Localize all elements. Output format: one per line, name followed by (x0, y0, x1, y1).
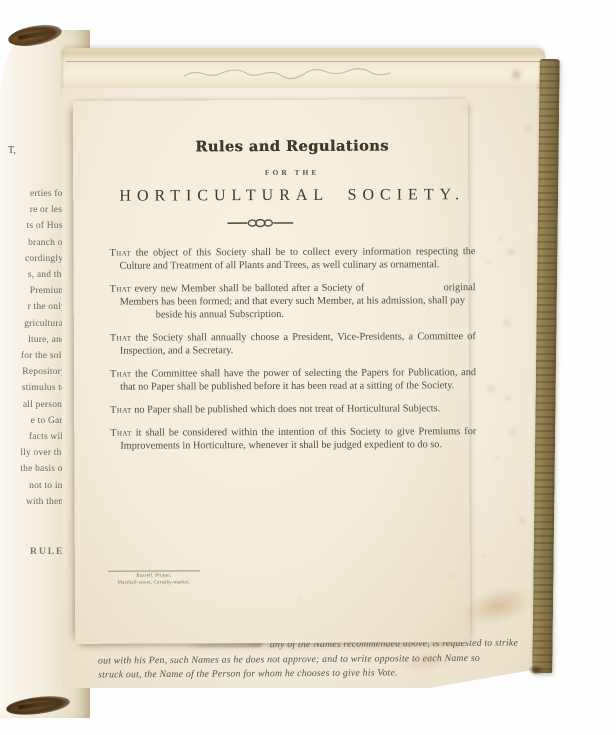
paragraph-lead-word: That (110, 284, 132, 295)
rules-paragraph: That the object of this Society shall be… (109, 245, 475, 273)
left-page-fragment: s, and the (0, 267, 66, 283)
rules-paragraphs: That the object of this Society shall be… (109, 245, 476, 453)
left-page-fragment: not to in- (0, 478, 66, 494)
rules-paragraph: That every new Member shall be balloted … (110, 281, 476, 322)
left-page-stray-mark: T, (8, 145, 16, 156)
rules-paragraph: That no Paper shall be published which d… (110, 402, 476, 417)
left-page-fragment: Repository (0, 364, 66, 380)
left-page-fragment: Premium (0, 283, 66, 299)
paragraph-lead-word: That (109, 248, 131, 259)
left-page-fragment: ts of Hus- (0, 218, 66, 234)
left-page-fragment: r the only (0, 299, 66, 315)
left-page-fragment: facts will (0, 429, 66, 445)
rules-paragraph: That the Committee shall have the power … (110, 366, 476, 394)
left-page-fragment: gricultural (0, 316, 66, 332)
printer-imprint-line: Marshall-street, Carnaby-market. (108, 580, 200, 587)
left-page-fragments: erties forre or lessts of Hus-branch ofc… (0, 186, 66, 510)
left-page-fragment: e to Gar- (0, 413, 66, 429)
left-page-fragment: all persons (0, 397, 66, 413)
left-page-fragment: stimulus to (0, 380, 66, 396)
faint-inscription (182, 66, 392, 82)
rules-leaf: Rules and Regulations FOR THE HORTICULTU… (73, 99, 470, 644)
left-page-fragment: erties for (0, 186, 66, 202)
printer-imprint: Russell, Printer,Marshall-street, Carnab… (108, 570, 200, 586)
paragraph-lead-word: That (110, 369, 132, 380)
page-edge-line (66, 61, 541, 62)
paragraph-lead-word: That (110, 405, 132, 416)
left-page-fragment: cordingly: (0, 251, 66, 267)
paragraph-lead-word: That (110, 428, 132, 439)
under-page-text: any of the Names recommended above, is r… (98, 637, 524, 684)
left-page-fragment: with them (0, 494, 66, 510)
page-top-edges (62, 48, 545, 95)
ornament-divider (77, 214, 443, 234)
foxing-spots (0, 0, 1, 1)
left-page-fragment: re or less (0, 202, 66, 218)
rules-content: Rules and Regulations FOR THE HORTICULTU… (109, 131, 476, 463)
left-page-fragment: for the sole (0, 348, 66, 364)
left-page-fragment: branch of (0, 235, 66, 251)
under-page-line: struck out, the Name of the Person for w… (98, 666, 524, 684)
page-title-for-the: FOR THE (109, 167, 475, 178)
rules-paragraph: That the Society shall annually choose a… (110, 330, 476, 358)
paragraph-lead-word: That (110, 333, 132, 344)
left-page-fragment: lly over the (0, 445, 66, 461)
left-page-fragment: lture, and (0, 332, 66, 348)
page-title-main: HORTICULTURAL SOCIETY. (109, 186, 475, 206)
left-page-fragment: the basis of (0, 461, 66, 477)
chain-ornament-icon (227, 218, 293, 228)
book-photo: T, erties forre or lessts of Hus-branch … (0, 0, 616, 735)
page-title-script: Rules and Regulations (109, 137, 475, 156)
rules-paragraph: That it shall be considered within the i… (110, 425, 476, 453)
